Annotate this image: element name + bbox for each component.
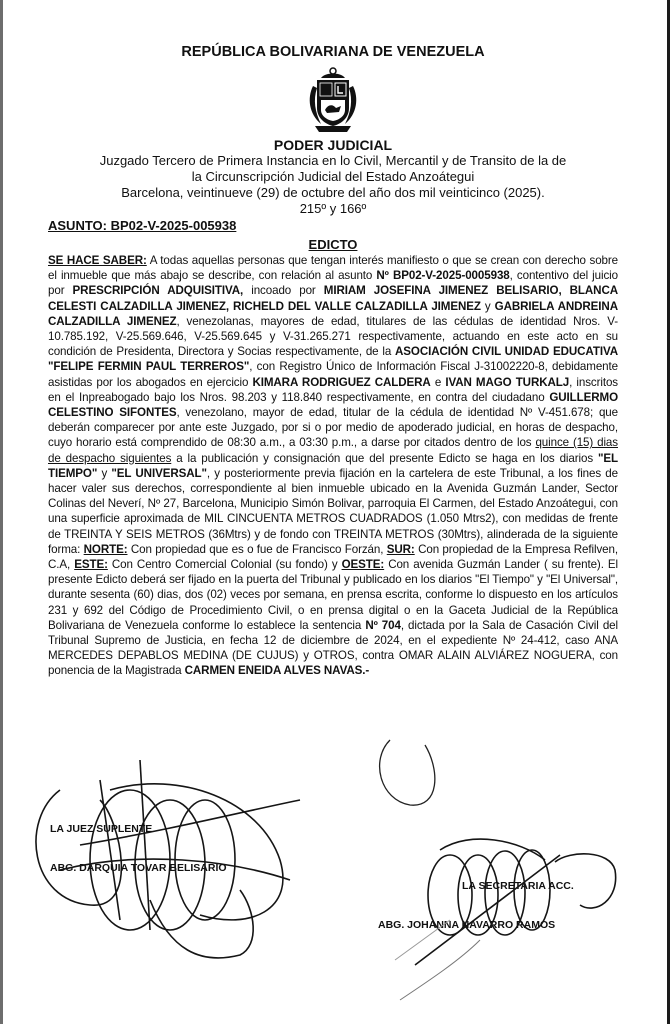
edict-title: EDICTO	[48, 237, 618, 252]
case-reference: Nº BP02-V-2025-0005938	[376, 269, 509, 282]
judge-signature-icon	[36, 760, 300, 958]
magistrate-name: CARMEN ENEIDA ALVES NAVAS.-	[185, 664, 370, 677]
page-border-left	[0, 0, 3, 1024]
secretary-title: LA SECRETARIA ACC.	[462, 880, 574, 892]
boundary-south-label: SUR:	[387, 543, 415, 556]
secretary-name: ABG. JOHANNA NAVARRO RAMOS	[378, 919, 555, 931]
court-name-line-1: Juzgado Tercero de Primera Instancia en …	[48, 153, 618, 169]
boundary-west-label: OESTE:	[342, 558, 385, 571]
venezuela-coat-of-arms-icon	[303, 66, 363, 134]
judge-name: ABG. DARQUIA TOVAR BELISARIO	[50, 862, 227, 874]
se-hace-saber-label: SE HACE SABER:	[48, 254, 147, 267]
country-heading: REPÚBLICA BOLIVARIANA DE VENEZUELA	[48, 44, 618, 60]
boundary-north-label: NORTE:	[84, 543, 128, 556]
years-line: 215º y 166º	[48, 201, 618, 217]
lawyer-2: IVAN MAGO TURKALJ	[445, 376, 569, 389]
document-page: REPÚBLICA BOLIVARIANA DE VENEZUELA PODER…	[48, 44, 618, 679]
lawyer-1: KIMARA RODRIGUEZ CALDERA	[252, 376, 430, 389]
branch-heading: PODER JUDICIAL	[48, 137, 618, 153]
date-line: Barcelona, veintinueve (29) de octubre d…	[48, 185, 618, 201]
ruling-number: Nº 704	[365, 619, 401, 632]
ruling-scribble-icon	[380, 740, 435, 805]
court-name-line-2: la Circunscripción Judicial del Estado A…	[48, 169, 618, 185]
lawsuit-type: PRESCRIPCIÓN ADQUISITIVA,	[73, 284, 244, 297]
boundary-east-label: ESTE:	[74, 558, 108, 571]
newspaper-2: "EL UNIVERSAL"	[111, 467, 207, 480]
case-number: ASUNTO: BP02-V-2025-005938	[48, 218, 618, 233]
judge-title: LA JUEZ SUPLENTE	[50, 823, 152, 835]
edict-body: SE HACE SABER: A todas aquellas personas…	[48, 253, 618, 679]
